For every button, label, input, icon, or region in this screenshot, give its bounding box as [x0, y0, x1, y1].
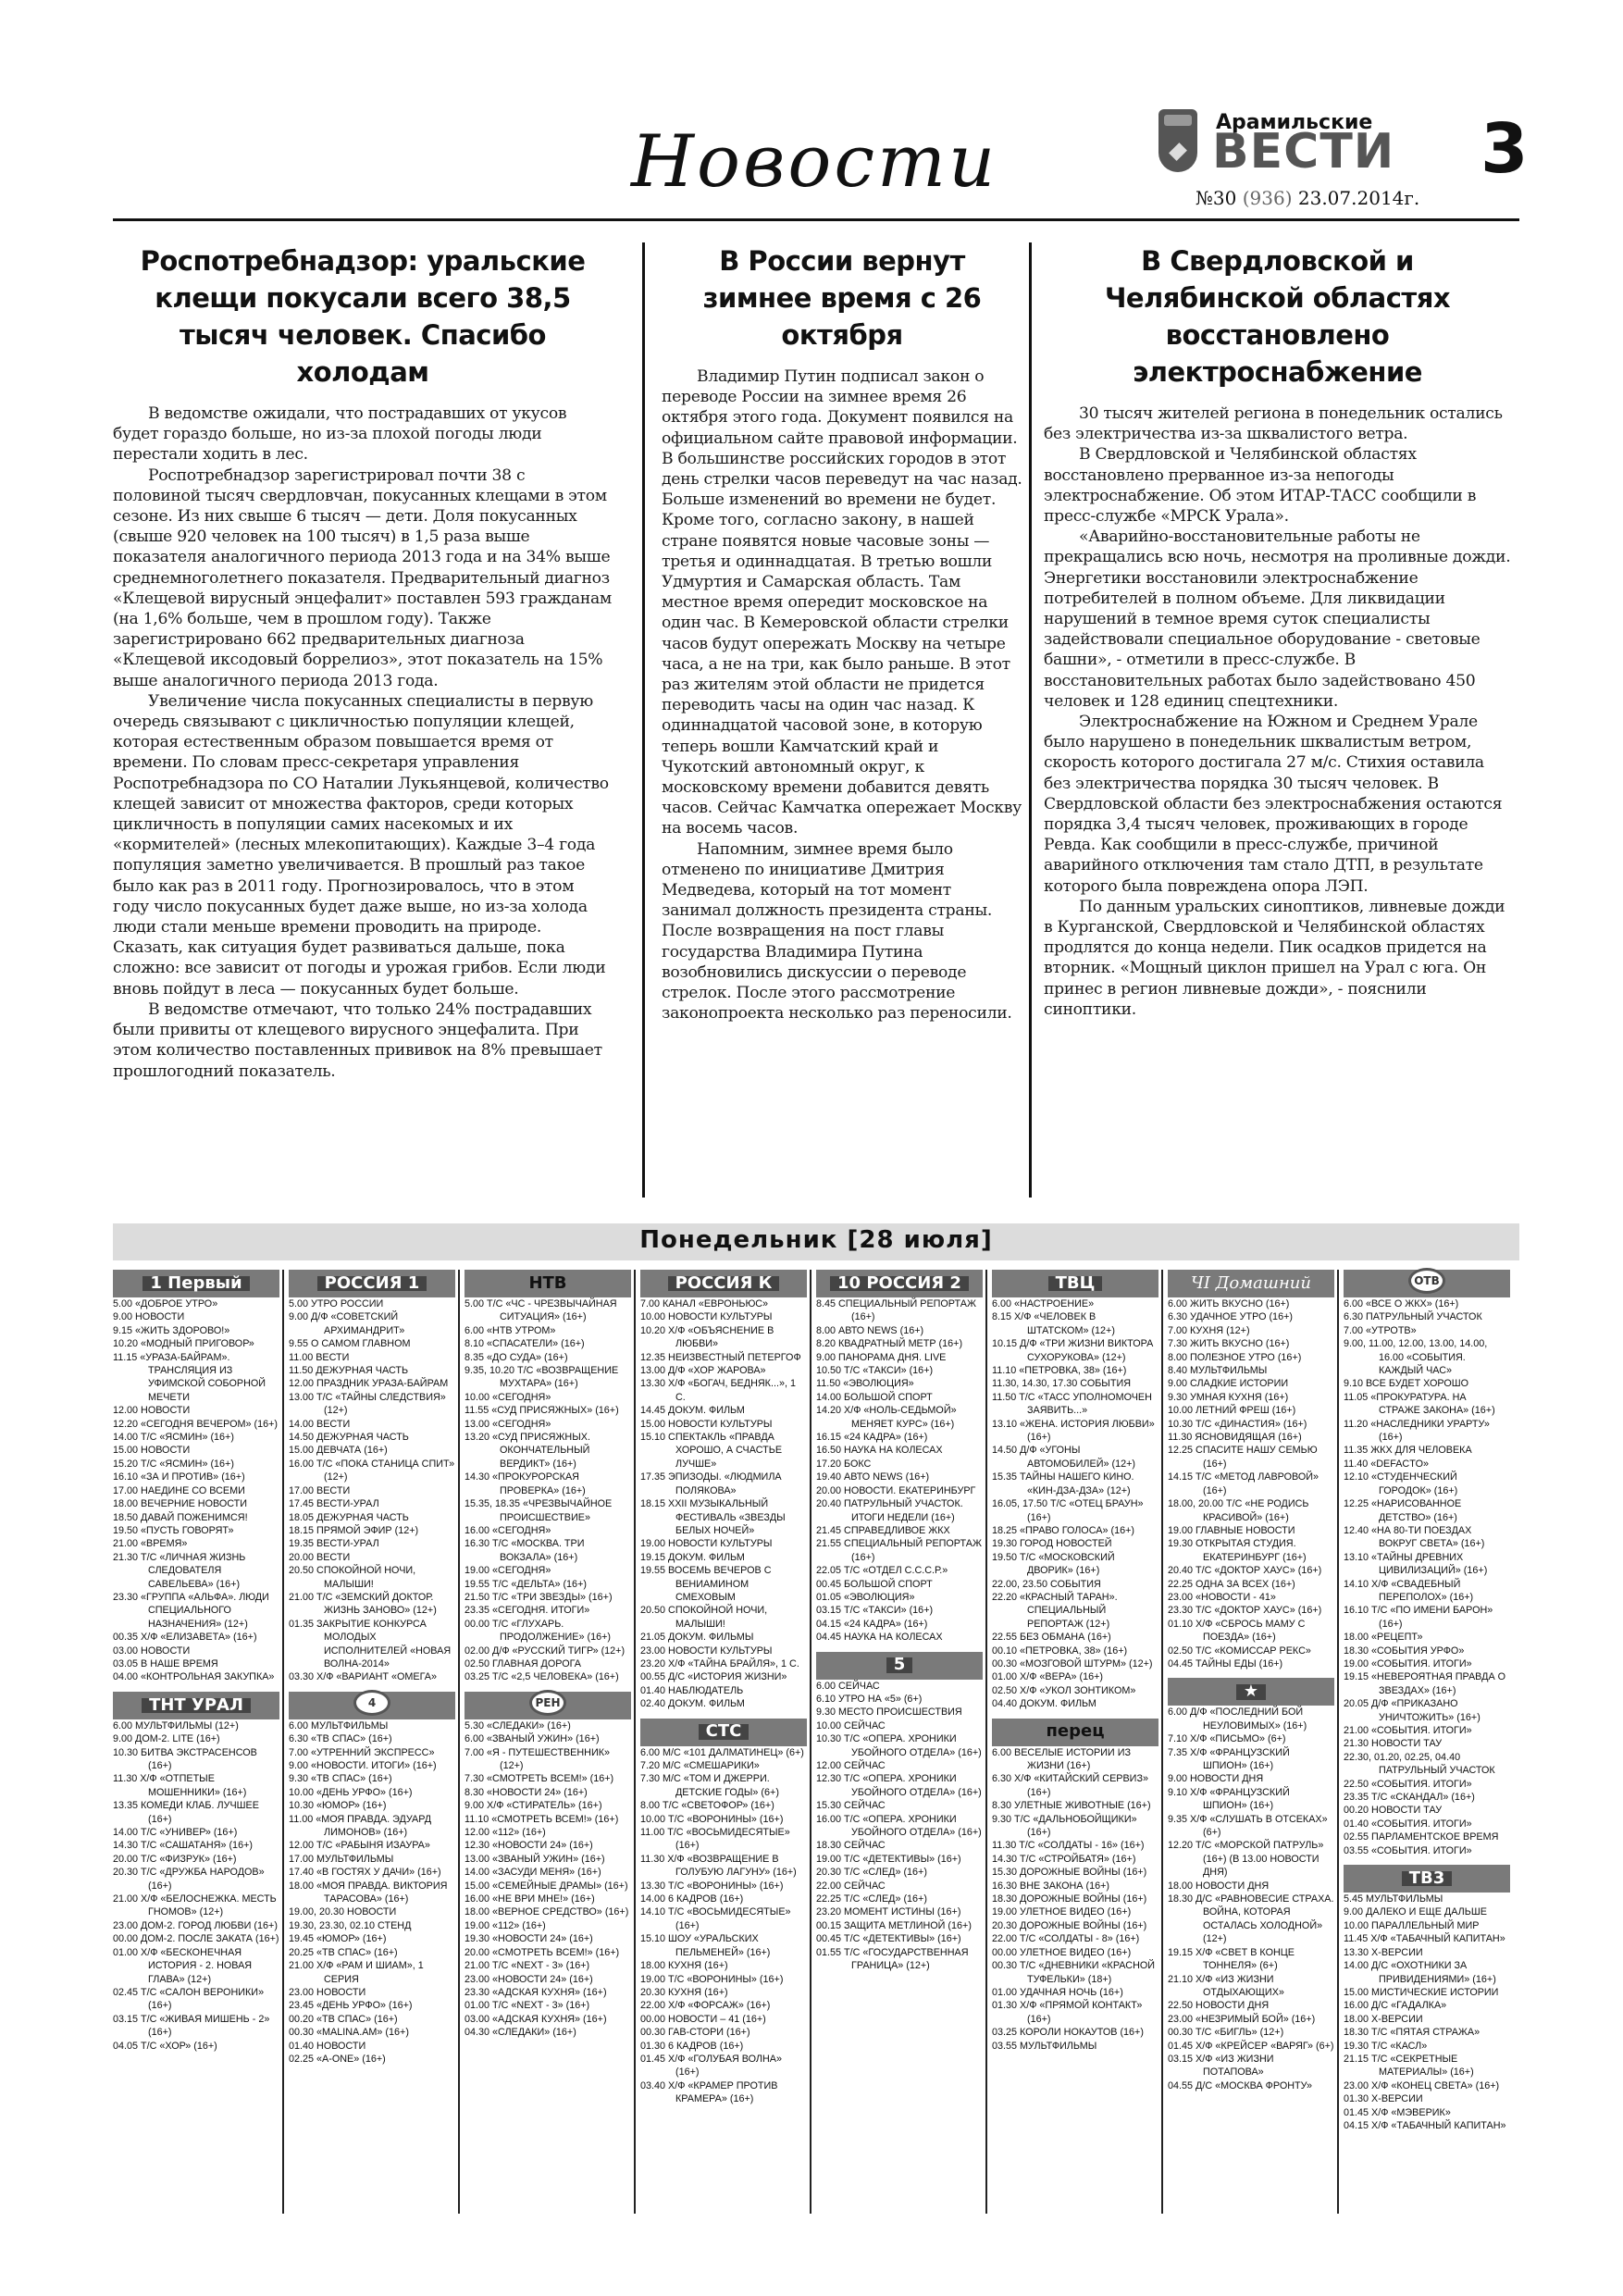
article-paragraph: Увеличение числа покусанных специалисты …: [113, 691, 613, 999]
channel-block: 56.00 СЕЙЧАС6.10 УТРО НА «5» (6+)9.30 МЕ…: [816, 1652, 983, 1973]
tv-day-title: Понедельник [28 июля]: [113, 1226, 1519, 1254]
program-item: 6.10 УТРО НА «5» (6+): [816, 1693, 983, 1706]
program-item: 10.00 «СЕГОДНЯ»: [465, 1391, 631, 1404]
program-item: 19.55 ВОСЕМЬ ВЕЧЕРОВ С ВЕНИАМИНОМ СМЕХОВ…: [640, 1564, 807, 1604]
program-item: 9.00 НОВОСТИ ДНЯ: [1168, 1772, 1334, 1785]
channel-logo-icon: 10 РОССИЯ 2: [830, 1276, 969, 1291]
program-item: 18.50 ДАВАЙ ПОЖЕНИМСЯ!: [113, 1511, 279, 1524]
program-item: 8.40 МУЛЬТФИЛЬМЫ: [1168, 1364, 1334, 1377]
program-item: 11.45 Х/Ф «ТАБАЧНЫЙ КАПИТАН»: [1344, 1932, 1510, 1945]
channel-block: ЧI Домашний6.00 ЖИТЬ ВКУСНО (16+)6.30 УД…: [1168, 1270, 1334, 1670]
program-item: 00.00 НОВОСТИ – 41 (16+): [640, 2013, 807, 2026]
program-item: 7.00 «УТРЕННИЙ ЭКСПРЕСС»: [289, 1746, 455, 1759]
program-item: 23.00 «НОВОСТИ 24» (16+): [465, 1973, 631, 1986]
program-item: 17.00 МУЛЬТФИЛЬМЫ: [289, 1853, 455, 1866]
program-item: 14.00 «ЗАСУДИ МЕНЯ» (16+): [465, 1866, 631, 1879]
program-item: 7.30 «СМОТРЕТЬ ВСЕМ!» (16+): [465, 1772, 631, 1785]
program-item: 22.00 СЕЙЧАС: [816, 1880, 983, 1893]
article-paragraph: «Аварийно-восстановительные работы не пр…: [1044, 527, 1511, 712]
program-item: 21.00 Х/Ф «БЕЛОСНЕЖКА. МЕСТЬ ГНОМОВ» (12…: [113, 1893, 279, 1919]
program-item: 01.40 «СОБЫТИЯ. ИТОГИ»: [1344, 1818, 1510, 1831]
program-item: 16.00 Т/С «ОПЕРА. ХРОНИКИ УБОЙНОГО ОТДЕЛ…: [816, 1813, 983, 1840]
program-item: 16.00 «НЕ ВРИ МНЕ!» (16+): [465, 1893, 631, 1905]
program-item: 01.35 ЗАКРЫТИЕ КОНКУРСА МОЛОДЫХ ИСПОЛНИТ…: [289, 1618, 455, 1671]
program-item: 16.05, 17.50 Т/С «ОТЕЦ БРАУН» (16+): [992, 1497, 1158, 1524]
program-item: 12.00 «112» (16+): [465, 1826, 631, 1839]
program-item: 02.25 «A-ONE» (16+): [289, 2053, 455, 2066]
program-item: 00.45 Т/С «ДЕТЕКТИВЫ» (16+): [816, 1932, 983, 1945]
program-item: 17.00 НАЕДИНЕ СО ВСЕМИ: [113, 1484, 279, 1497]
program-item: 7.00 КУХНЯ (12+): [1168, 1324, 1334, 1337]
channel-logo-icon: НТВ: [528, 1277, 566, 1290]
program-item: 9.30 «ТВ СПАС» (16+): [289, 1772, 455, 1785]
program-item: 23.00 НОВОСТИ КУЛЬТУРЫ: [640, 1644, 807, 1657]
program-item: 11.30 Х/Ф «ОТПЕТЫЕ МОШЕННИКИ» (16+): [113, 1772, 279, 1799]
program-item: 11.10 «ПЕТРОВКА, 38» (16+): [992, 1364, 1158, 1377]
channel-block: 46.00 МУЛЬТФИЛЬМЫ6.30 «ТВ СПАС» (16+)7.0…: [289, 1692, 455, 2066]
program-item: 17.45 ВЕСТИ-УРАЛ: [289, 1497, 455, 1510]
program-item: 02.50 Х/Ф «УКОЛ ЗОНТИКОМ»: [992, 1684, 1158, 1697]
program-item: 10.00 ПАРАЛЛЕЛЬНЫЙ МИР: [1344, 1919, 1510, 1932]
program-item: 19.00 НОВОСТИ КУЛЬТУРЫ: [640, 1537, 807, 1550]
article-power-restored: В Свердловской и Челябинской областях во…: [1044, 242, 1511, 1020]
program-item: 03.05 В НАШЕ ВРЕМЯ: [113, 1657, 279, 1670]
program-item: 12.00 НОВОСТИ: [113, 1404, 279, 1417]
program-item: 01.00 Х/Ф «БЕСКОНЕЧНАЯ ИСТОРИЯ - 2. НОВА…: [113, 1946, 279, 1986]
article-paragraph: Владимир Путин подписал закон о переводе…: [662, 366, 1022, 839]
program-item: 03.55 МУЛЬТФИЛЬМЫ: [992, 2040, 1158, 2053]
program-item: 23.30 «АДСКАЯ КУХНЯ» (16+): [465, 1986, 631, 1999]
channel-block: ОТВ6.00 «ВСЕ О ЖКХ» (16+)6.30 ПАТРУЛЬНЫЙ…: [1344, 1270, 1510, 1857]
program-item: 22.25 ОДНА ЗА ВСЕХ (16+): [1168, 1578, 1334, 1591]
program-item: 03.00 НОВОСТИ: [113, 1644, 279, 1657]
program-item: 03.00 «АДСКАЯ КУХНЯ» (16+): [465, 2013, 631, 2026]
program-item: 13.10 «ЖЕНА. ИСТОРИЯ ЛЮБВИ» (16+): [992, 1418, 1158, 1445]
program-item: 04.45 НАУКА НА КОЛЕСАХ: [816, 1631, 983, 1644]
program-item: 11.00 «МОЯ ПРАВДА. ЭДУАРД ЛИМОНОВ» (16+): [289, 1813, 455, 1840]
program-item: 20.00 НОВОСТИ. ЕКАТЕРИНБУРГ: [816, 1484, 983, 1497]
program-item: 20.40 ПАТРУЛЬНЫЙ УЧАСТОК. ИТОГИ НЕДЕЛИ (…: [816, 1497, 983, 1524]
program-item: 19.50 Т/С «МОСКОВСКИЙ ДВОРИК» (16+): [992, 1551, 1158, 1578]
tv-column: 1 Первый5.00 «ДОБРОЕ УТРО»9.00 НОВОСТИ9.…: [113, 1270, 279, 2057]
program-item: 15.10 ШОУ «УРАЛЬСКИХ ПЕЛЬМЕНЕЙ» (16+): [640, 1932, 807, 1959]
channel-logo-icon: СТС: [699, 1724, 750, 1739]
program-item: 10.20 «МОДНЫЙ ПРИГОВОР»: [113, 1337, 279, 1350]
program-item: 10.15 Д/Ф «ТРИ ЖИЗНИ ВИКТОРА СУХОРУКОВА»…: [992, 1337, 1158, 1364]
program-item: 9.35, 10.20 Т/С «ВОЗВРАЩЕНИЕ МУХТАРА» (1…: [465, 1364, 631, 1391]
program-item: 16.00 «СЕГОДНЯ»: [465, 1524, 631, 1537]
program-item: 21.00 Т/С «NEXT - 3» (16+): [465, 1959, 631, 1972]
program-item: 15.30 СЕЙЧАС: [816, 1799, 983, 1812]
program-item: 04.15 Х/Ф «ТАБАЧНЫЙ КАПИТАН»: [1344, 2119, 1510, 2132]
program-item: 5.00 УТРО РОССИИ: [289, 1297, 455, 1310]
article-paragraph: Электроснабжение на Южном и Среднем Урал…: [1044, 712, 1511, 897]
program-item: 02.50 Т/С «КОМИССАР РЕКС»: [1168, 1644, 1334, 1657]
program-item: 12.20 Т/С «МОРСКОЙ ПАТРУЛЬ» (16+) (В 13.…: [1168, 1839, 1334, 1879]
tv-column: РОССИЯ 15.00 УТРО РОССИИ9.00 Д/Ф «СОВЕТС…: [289, 1270, 455, 2070]
program-item: 10.00 СЕЙЧАС: [816, 1719, 983, 1732]
program-item: 23.00 «НЕЗРИМЫЙ БОЙ» (16+): [1168, 2013, 1334, 2026]
program-item: 23.00 Х/Ф «КОНЕЦ СВЕТА» (16+): [1344, 2079, 1510, 2092]
program-item: 11.15 «УРАЗА-БАЙРАМ». ТРАНСЛЯЦИЯ ИЗ УФИМ…: [113, 1351, 279, 1405]
program-item: 18.00 Х-ВЕРСИИ: [1344, 2013, 1510, 2026]
program-item: 16.10 «ЗА И ПРОТИВ» (16+): [113, 1471, 279, 1483]
channel-logo-icon: РОССИЯ К: [668, 1276, 780, 1291]
program-item: 22.00 Т/С «СОЛДАТЫ - 8» (16+): [992, 1932, 1158, 1945]
program-item: 00.10 «ПЕТРОВКА, 38» (16+): [992, 1644, 1158, 1657]
program-item: 00.55 Д/С «ИСТОРИЯ ЖИЗНИ»: [640, 1670, 807, 1683]
program-item: 01.45 Х/Ф «КРЕЙСЕР «ВАРЯГ» (6+): [1168, 2040, 1334, 2053]
program-item: 9.35 Х/Ф «СЛУШАТЬ В ОТСЕКАХ» (6+): [1168, 1813, 1334, 1840]
program-item: 10.30 БИТВА ЭКСТРАСЕНСОВ (16+): [113, 1746, 279, 1773]
program-item: 7.35 Х/Ф «ФРАНЦУЗСКИЙ ШПИОН» (16+): [1168, 1746, 1334, 1773]
program-item: 04.55 Д/С «МОСКВА ФРОНТУ»: [1168, 2079, 1334, 2092]
channel-header: ТНТ УРАЛ: [113, 1692, 279, 1719]
program-item: 22.00 Х/Ф «ФОРСАЖ» (16+): [640, 1999, 807, 2012]
program-item: 23.35 Т/С «СКАНДАЛ» (16+): [1344, 1791, 1510, 1804]
program-item: 12.10 «СТУДЕНЧЕСКИЙ ГОРОДОК» (16+): [1344, 1471, 1510, 1497]
program-item: 02.50 ГЛАВНАЯ ДОРОГА: [465, 1657, 631, 1670]
program-item: 02.40 ДОКУМ. ФИЛЬМ: [640, 1697, 807, 1710]
program-item: 01.45 Х/Ф «ГОЛУБАЯ ВОЛНА» (16+): [640, 2053, 807, 2079]
program-item: 00.15 ЗАЩИТА МЕТЛИНОЙ (16+): [816, 1919, 983, 1932]
channel-block: РЕН5.30 «СЛЕДАКИ» (16+)6.00 «ЗВАНЫЙ УЖИН…: [465, 1692, 631, 2040]
program-item: 13.20 «СУД ПРИСЯЖНЫХ. ОКОНЧАТЕЛЬНЫЙ ВЕРД…: [465, 1431, 631, 1471]
program-item: 10.50 Т/С «ТАКСИ» (16+): [816, 1364, 983, 1377]
program-item: 14.30 «ПРОКУРОРСКАЯ ПРОВЕРКА» (16+): [465, 1471, 631, 1497]
program-item: 18.00 «РЕЦЕПТ»: [1344, 1631, 1510, 1644]
program-item: 12.40 «НА 80-ТИ ПОЕЗДАХ ВОКРУГ СВЕТА» (1…: [1344, 1524, 1510, 1551]
program-item: 19.30 Т/С «КАСЛ»: [1344, 2040, 1510, 2053]
program-item: 6.00 МУЛЬТФИЛЬМЫ (12+): [113, 1719, 279, 1732]
program-item: 9.00 СЛАДКИЕ ИСТОРИИ: [1168, 1377, 1334, 1390]
program-item: 01.00 УДАЧНАЯ НОЧЬ (16+): [992, 1986, 1158, 1999]
channel-header: 1 Первый: [113, 1270, 279, 1297]
program-item: 6.00 Д/Ф «ПОСЛЕДНИЙ БОЙ НЕУЛОВИМЫХ» (16+…: [1168, 1706, 1334, 1732]
channel-header: ОТВ: [1344, 1270, 1510, 1297]
program-item: 9.30 МЕСТО ПРОИСШЕСТВИЯ: [816, 1706, 983, 1719]
program-item: 02.00 Д/Ф «РУССКИЙ ТИГР» (12+): [465, 1644, 631, 1657]
program-item: 15.20 Т/С «ЯСМИН» (16+): [113, 1458, 279, 1471]
program-item: 23.00 НОВОСТИ: [289, 1986, 455, 1999]
coat-of-arms-icon: [1158, 109, 1197, 172]
program-item: 14.50 Д/Ф «УГОНЫ АВТОМОБИЛЕЙ» (12+): [992, 1444, 1158, 1471]
program-item: 6.00 «НТВ УТРОМ»: [465, 1324, 631, 1337]
channel-header: РОССИЯ К: [640, 1270, 807, 1297]
program-item: 8.30 «НОВОСТИ 24» (16+): [465, 1786, 631, 1799]
channel-block: ★6.00 Д/Ф «ПОСЛЕДНИЙ БОЙ НЕУЛОВИМЫХ» (16…: [1168, 1678, 1334, 2092]
program-item: 6.00 МУЛЬТФИЛЬМЫ: [289, 1719, 455, 1732]
issue-info: №30 (936) 23.07.2014г.: [1196, 187, 1419, 209]
program-item: 21.15 Т/С «СЕКРЕТНЫЕ МАТЕРИАЛЫ» (16+): [1344, 2053, 1510, 2079]
program-item: 23.35 «СЕГОДНЯ. ИТОГИ»: [465, 1604, 631, 1617]
program-item: 18.15 ПРЯМОЙ ЭФИР (12+): [289, 1524, 455, 1537]
program-item: 20.50 СПОКОЙНОЙ НОЧИ, МАЛЫШИ!: [640, 1604, 807, 1631]
program-item: 21.45 СПРАВЕДЛИВОЕ ЖКХ: [816, 1524, 983, 1537]
program-item: 15.30 ДОРОЖНЫЕ ВОЙНЫ (16+): [992, 1866, 1158, 1879]
program-item: 03.15 Т/С «ЖИВАЯ МИШЕНЬ - 2» (16+): [113, 2013, 279, 2040]
program-item: 11.50 «ЭВОЛЮЦИЯ»: [816, 1377, 983, 1390]
program-item: 6.30 Х/Ф «КИТАЙСКИЙ СЕРВИЗ» (16+): [992, 1772, 1158, 1799]
program-item: 18.30 ДОРОЖНЫЕ ВОЙНЫ (16+): [992, 1893, 1158, 1905]
program-item: 9.30 Т/С «ДАЛЬНОБОЙЩИКИ» (16+): [992, 1813, 1158, 1840]
program-item: 18.00 КУХНЯ (16+): [640, 1959, 807, 1972]
program-item: 00.30 ГАВ-СТОРИ (16+): [640, 2026, 807, 2039]
channel-header: перец: [992, 1719, 1158, 1746]
program-item: 14.45 ДОКУМ. ФИЛЬМ: [640, 1404, 807, 1417]
channel-block: СТС6.00 М/С «101 ДАЛМАТИНЕЦ» (6+)7.20 М/…: [640, 1719, 807, 2106]
program-item: 15.35, 18.35 «ЧРЕЗВЫЧАЙНОЕ ПРОИСШЕСТВИЕ»: [465, 1497, 631, 1524]
channel-logo-icon: РОССИЯ 1: [317, 1276, 427, 1291]
article-headline: В России вернут зимнее время с 26 октябр…: [662, 242, 1022, 354]
program-item: 17.35 ЭПИЗОДЫ. «ЛЮДМИЛА ПОЛЯКОВА»: [640, 1471, 807, 1497]
issue-number: №30: [1196, 187, 1236, 209]
program-item: 14.10 Х/Ф «СВАДЕБНЫЙ ПЕРЕПОЛОХ» (16+): [1344, 1578, 1510, 1605]
program-item: 23.30 «ГРУППА «АЛЬФА». ЛЮДИ СПЕЦИАЛЬНОГО…: [113, 1591, 279, 1631]
program-item: 23.20 МОМЕНТ ИСТИНЫ (16+): [816, 1905, 983, 1918]
program-item: 6.00 ЖИТЬ ВКУСНО (16+): [1168, 1297, 1334, 1310]
channel-header: 4: [289, 1692, 455, 1719]
program-item: 11.55 «СУД ПРИСЯЖНЫХ» (16+): [465, 1404, 631, 1417]
article-ticks: Роспотребнадзор: уральские клещи покусал…: [113, 242, 613, 1082]
program-item: 13.30 Х-ВЕРСИИ: [1344, 1946, 1510, 1959]
column-divider: [1029, 242, 1032, 1198]
channel-logo-icon: ТНТ УРАЛ: [142, 1698, 251, 1713]
tv-column: ОТВ6.00 «ВСЕ О ЖКХ» (16+)6.30 ПАТРУЛЬНЫЙ…: [1344, 1270, 1510, 2137]
program-item: 5.30 «СЛЕДАКИ» (16+): [465, 1719, 631, 1732]
program-item: 9.00 НОВОСТИ: [113, 1310, 279, 1323]
program-item: 18.25 «ПРАВО ГОЛОСА» (16+): [992, 1524, 1158, 1537]
program-item: 03.25 Т/С «2,5 ЧЕЛОВЕКА» (16+): [465, 1670, 631, 1683]
program-item: 6.30 ПАТРУЛЬНЫЙ УЧАСТОК: [1344, 1310, 1510, 1323]
program-item: 19.55 Т/С «ДЕЛЬТА» (16+): [465, 1578, 631, 1591]
program-item: 11.30, 14.30, 17.30 СОБЫТИЯ: [992, 1377, 1158, 1390]
program-item: 13.10 «ТАЙНЫ ДРЕВНИХ ЦИВИЛИЗАЦИЙ» (16+): [1344, 1551, 1510, 1578]
program-item: 16.30 Т/С «МОСКВА. ТРИ ВОКЗАЛА» (16+): [465, 1537, 631, 1564]
program-item: 03.55 «СОБЫТИЯ. ИТОГИ»: [1344, 1844, 1510, 1857]
article-headline: Роспотребнадзор: уральские клещи покусал…: [113, 242, 613, 391]
program-item: 11.05 «ПРОКУРАТУРА. НА СТРАЖЕ ЗАКОНА» (1…: [1344, 1391, 1510, 1418]
program-item: 19.00, 20.30 НОВОСТИ: [289, 1905, 455, 1918]
program-item: 11.30 Т/С «СОЛДАТЫ - 16» (16+): [992, 1839, 1158, 1852]
channel-block: ТВЦ6.00 «НАСТРОЕНИЕ»8.15 Х/Ф «ЧЕЛОВЕК В …: [992, 1270, 1158, 1711]
program-item: 15.00 НОВОСТИ: [113, 1444, 279, 1457]
program-item: 01.00 Х/Ф «ВЕРА» (16+): [992, 1670, 1158, 1683]
program-item: 18.00, 20.00 Т/С «НЕ РОДИСЬ КРАСИВОЙ» (1…: [1168, 1497, 1334, 1524]
article-headline: В Свердловской и Челябинской областях во…: [1044, 242, 1511, 391]
program-item: 8.00 Т/С «СВЕТОФОР» (16+): [640, 1799, 807, 1812]
program-item: 20.30 Т/С «СЛЕД» (16+): [816, 1866, 983, 1879]
channel-header: ТВ3: [1344, 1865, 1510, 1893]
program-item: 18.00 ВЕЧЕРНИЕ НОВОСТИ: [113, 1497, 279, 1510]
program-item: 12.35 НЕИЗВЕСТНЫЙ ПЕТЕРГОФ: [640, 1351, 807, 1364]
program-item: 19.30, 23.30, 02.10 СТЕНД: [289, 1919, 455, 1932]
channel-header: ЧI Домашний: [1168, 1270, 1334, 1297]
program-item: 01.45 Х/Ф «МЭВЕРИК»: [1344, 2106, 1510, 2119]
program-item: 19.00 «СЕГОДНЯ»: [465, 1564, 631, 1577]
program-item: 17.40 «В ГОСТЯХ У ДАЧИ» (16+): [289, 1866, 455, 1879]
newspaper-logo: Арамильские ВЕСТИ №30 (936) 23.07.2014г.: [1158, 102, 1529, 204]
program-item: 21.00 «ВРЕМЯ»: [113, 1537, 279, 1550]
channel-header: СТС: [640, 1719, 807, 1746]
program-item: 18.30 «СОБЫТИЯ УРФО»: [1344, 1644, 1510, 1657]
program-item: 19.00 УЛЕТНОЕ ВИДЕО (16+): [992, 1905, 1158, 1918]
program-item: 8.45 СПЕЦИАЛЬНЫЙ РЕПОРТАЖ (16+): [816, 1297, 983, 1324]
program-item: 9.55 О САМОМ ГЛАВНОМ: [289, 1337, 455, 1350]
column-divider: [642, 242, 645, 1198]
program-item: 9.10 ВСЕ БУДЕТ ХОРОШО: [1344, 1377, 1510, 1390]
program-item: 20.30 Т/С «ДРУЖБА НАРОДОВ» (16+): [113, 1866, 279, 1893]
program-item: 21.05 ДОКУМ. ФИЛЬМЫ: [640, 1631, 807, 1644]
program-item: 19.00 Т/С «ДЕТЕКТИВЫ» (16+): [816, 1853, 983, 1866]
program-item: 03.15 Т/С «ТАКСИ» (16+): [816, 1604, 983, 1617]
program-item: 6.00 «НАСТРОЕНИЕ»: [992, 1297, 1158, 1310]
program-item: 15.00 ДЕВЧАТА (16+): [289, 1444, 455, 1457]
channel-block: ТВ35.45 МУЛЬТФИЛЬМЫ9.00 ДАЛЕКО И ЕЩЕ ДАЛ…: [1344, 1865, 1510, 2132]
channel-header: 5: [816, 1652, 983, 1680]
program-item: 9.00 Д/Ф «СОВЕТСКИЙ АРХИМАНДРИТ»: [289, 1310, 455, 1337]
program-item: 00.20 «ТВ СПАС» (16+): [289, 2013, 455, 2026]
program-item: 20.30 ДОРОЖНЫЕ ВОЙНЫ (16+): [992, 1919, 1158, 1932]
article-paragraph: 30 тысяч жителей региона в понедельник о…: [1044, 403, 1511, 444]
program-item: 03.15 Х/Ф «ИЗ ЖИЗНИ ПОТАПОВА»: [1168, 2053, 1334, 2079]
program-item: 15.10 СПЕКТАКЛЬ «ПРАВДА ХОРОШО, А СЧАСТЬ…: [640, 1431, 807, 1471]
program-item: 11.00 ВЕСТИ: [289, 1351, 455, 1364]
program-item: 14.50 ДЕЖУРНАЯ ЧАСТЬ: [289, 1431, 455, 1444]
program-item: 6.30 УДАЧНОЕ УТРО (16+): [1168, 1310, 1334, 1323]
program-item: 12.30 Т/С «ОПЕРА. ХРОНИКИ УБОЙНОГО ОТДЕЛ…: [816, 1772, 983, 1799]
program-item: 01.30 Х-ВЕРСИИ: [1344, 2092, 1510, 2105]
program-item: 04.15 «24 КАДРА» (16+): [816, 1618, 983, 1631]
program-item: 11.50 ДЕЖУРНАЯ ЧАСТЬ: [289, 1364, 455, 1377]
article-paragraph: В ведомстве отмечают, что только 24% пос…: [113, 999, 613, 1082]
program-item: 00.20 НОВОСТИ ТАУ: [1344, 1804, 1510, 1817]
program-item: 20.25 «ТВ СПАС» (16+): [289, 1946, 455, 1959]
program-item: 12.00 Т/С «РАБЫНЯ ИЗАУРА»: [289, 1839, 455, 1852]
program-item: 14.00 БОЛЬШОЙ СПОРТ: [816, 1391, 983, 1404]
program-item: 11.30 ЯСНОВИДЯЩАЯ (16+): [1168, 1431, 1334, 1444]
program-item: 6.00 М/С «101 ДАЛМАТИНЕЦ» (6+): [640, 1746, 807, 1759]
program-item: 18.30 Т/С «ПЯТАЯ СТРАЖА»: [1344, 2026, 1510, 2039]
channel-logo-icon: 4: [353, 1690, 390, 1716]
channel-logo-icon: перец: [1046, 1725, 1104, 1738]
program-item: 19.00 «СОБЫТИЯ. ИТОГИ»: [1344, 1657, 1510, 1670]
program-item: 8.20 КВАДРАТНЫЙ МЕТР (16+): [816, 1337, 983, 1350]
program-item: 7.30 М/С «ТОМ И ДЖЕРРИ. ДЕТСКИЕ ГОДЫ» (6…: [640, 1772, 807, 1799]
program-item: 04.30 «СЛЕДАКИ» (16+): [465, 2026, 631, 2039]
channel-logo-icon: ЧI Домашний: [1191, 1277, 1311, 1290]
program-item: 5.00 «ДОБРОЕ УТРО»: [113, 1297, 279, 1310]
program-item: 01.30 6 КАДРОВ (16+): [640, 2040, 807, 2053]
program-item: 16.10 Т/С «ПО ИМЕНИ БАРОН» (16+): [1344, 1604, 1510, 1631]
program-item: 12.25 СПАСИТЕ НАШУ СЕМЬЮ (16+): [1168, 1444, 1334, 1471]
program-item: 14.10 Т/С «ВОСЬМИДЕСЯТЫЕ» (16+): [640, 1905, 807, 1932]
program-item: 03.40 Х/Ф «КРАМЕР ПРОТИВ КРАМЕРА» (16+): [640, 2079, 807, 2106]
program-item: 10.30 Т/С «ОПЕРА. ХРОНИКИ УБОЙНОГО ОТДЕЛ…: [816, 1732, 983, 1759]
program-item: 13.30 Т/С «ВОРОНИНЫ» (16+): [640, 1880, 807, 1893]
program-item: 6.00 СЕЙЧАС: [816, 1680, 983, 1693]
program-item: 14.15 Т/С «МЕТОД ЛАВРОВОЙ» (16+): [1168, 1471, 1334, 1497]
program-item: 14.30 Т/С «СТРОЙБАТЯ» (16+): [992, 1853, 1158, 1866]
program-item: 22.55 БЕЗ ОБМАНА (16+): [992, 1631, 1158, 1644]
program-item: 15.00 НОВОСТИ КУЛЬТУРЫ: [640, 1418, 807, 1431]
program-item: 04.40 ДОКУМ. ФИЛЬМ: [992, 1697, 1158, 1710]
page-number: 3: [1481, 109, 1529, 189]
program-item: 23.20 Х/Ф «ТАЙНА БРАЙЛЯ», 1 С.: [640, 1657, 807, 1670]
program-item: 02.45 Т/С «САЛОН ВЕРОНИКИ» (16+): [113, 1986, 279, 2013]
tv-column: НТВ5.00 Т/С «ЧС - ЧРЕЗВЫЧАЙНАЯ СИТУАЦИЯ»…: [465, 1270, 631, 2044]
program-item: 12.20 «СЕГОДНЯ ВЕЧЕРОМ» (16+): [113, 1418, 279, 1431]
program-item: 14.30 Т/С «САШАТАНЯ» (16+): [113, 1839, 279, 1852]
program-item: 5.00 Т/С «ЧС - ЧРЕЗВЫЧАЙНАЯ СИТУАЦИЯ» (1…: [465, 1297, 631, 1324]
channel-logo-icon: ТВ3: [1402, 1871, 1453, 1886]
program-item: 21.00 Х/Ф «РАМ И ШИАМ», 1 СЕРИЯ: [289, 1959, 455, 1986]
program-item: 11.40 «DEFACTO»: [1344, 1458, 1510, 1471]
program-item: 22.25 Т/С «СЛЕД» (16+): [816, 1893, 983, 1905]
program-item: 19.15 ДОКУМ. ФИЛЬМ: [640, 1551, 807, 1564]
tv-column-divider: [985, 1270, 987, 2214]
program-item: 13.00 Т/С «ТАЙНЫ СЛЕДСТВИЯ» (12+): [289, 1391, 455, 1418]
program-item: 15.35 ТАЙНЫ НАШЕГО КИНО. «КИН-ДЗА-ДЗА» (…: [992, 1471, 1158, 1497]
program-item: 13.35 КОМЕДИ КЛАБ. ЛУЧШЕЕ (16+): [113, 1799, 279, 1826]
program-item: 18.00 «ВЕРНОЕ СРЕДСТВО» (16+): [465, 1905, 631, 1918]
article-paragraph: По данным уральских синоптиков, ливневые…: [1044, 897, 1511, 1020]
program-item: 18.30 СЕЙЧАС: [816, 1839, 983, 1852]
program-item: 7.00 «УТРОТВ»: [1344, 1324, 1510, 1337]
program-item: 12.00 СЕЙЧАС: [816, 1759, 983, 1772]
program-item: 11.00 Т/С «ВОСЬМИДЕСЯТЫЕ» (16+): [640, 1826, 807, 1853]
program-item: 6.00 «ВСЕ О ЖКХ» (16+): [1344, 1297, 1510, 1310]
program-item: 8.00 АВТО NEWS (16+): [816, 1324, 983, 1337]
program-item: 19.00 «112» (16+): [465, 1919, 631, 1932]
program-item: 23.45 «ДЕНЬ УРФО» (16+): [289, 1999, 455, 2012]
channel-logo-icon: 1 Первый: [142, 1276, 249, 1291]
program-item: 00.35 Х/Ф «ЕЛИЗАВЕТА» (16+): [113, 1631, 279, 1644]
program-item: 10.00 НОВОСТИ КУЛЬТУРЫ: [640, 1310, 807, 1323]
channel-header: РОССИЯ 1: [289, 1270, 455, 1297]
channel-block: 1 Первый5.00 «ДОБРОЕ УТРО»9.00 НОВОСТИ9.…: [113, 1270, 279, 1684]
program-item: 9.00 «НОВОСТИ. ИТОГИ» (16+): [289, 1759, 455, 1772]
channel-header: 10 РОССИЯ 2: [816, 1270, 983, 1297]
tv-column: ТВЦ6.00 «НАСТРОЕНИЕ»8.15 Х/Ф «ЧЕЛОВЕК В …: [992, 1270, 1158, 2057]
program-item: 01.05 «ЭВОЛЮЦИЯ»: [816, 1591, 983, 1604]
channel-logo-icon: ОТВ: [1408, 1268, 1445, 1294]
tv-column: 10 РОССИЯ 28.45 СПЕЦИАЛЬНЫЙ РЕПОРТАЖ (16…: [816, 1270, 983, 1978]
channel-block: РОССИЯ 15.00 УТРО РОССИИ9.00 Д/Ф «СОВЕТС…: [289, 1270, 455, 1684]
issue-total: (936): [1243, 187, 1293, 209]
channel-block: ТНТ УРАЛ6.00 МУЛЬТФИЛЬМЫ (12+)9.00 ДОМ-2…: [113, 1692, 279, 2053]
program-item: 12.00 ПРАЗДНИК УРАЗА-БАЙРАМ: [289, 1377, 455, 1390]
program-item: 03.30 Х/Ф «ВАРИАНТ «ОМЕГА»: [289, 1670, 455, 1683]
program-item: 16.50 НАУКА НА КОЛЕСАХ: [816, 1444, 983, 1457]
tv-column-divider: [810, 1270, 811, 2214]
channel-logo-icon: ★: [1236, 1684, 1266, 1699]
tv-column-divider: [282, 1270, 284, 2214]
program-item: 7.30 ЖИТЬ ВКУСНО (16+): [1168, 1337, 1334, 1350]
program-item: 19.30 «НОВОСТИ 24» (16+): [465, 1932, 631, 1945]
program-item: 00.00 Т/С «ГЛУХАРЬ. ПРОДОЛЖЕНИЕ» (16+): [465, 1618, 631, 1644]
program-item: 8.10 «СПАСАТЕЛИ» (16+): [465, 1337, 631, 1350]
program-item: 19.00 Т/С «ВОРОНИНЫ» (16+): [640, 1973, 807, 1986]
logo-main-text: ВЕСТИ: [1212, 128, 1394, 176]
program-item: 12.30 «НОВОСТИ 24» (16+): [465, 1839, 631, 1852]
program-item: 18.00 «МОЯ ПРАВДА. ВИКТОРИЯ ТАРАСОВА» (1…: [289, 1880, 455, 1906]
program-item: 19.30 ОТКРЫТАЯ СТУДИЯ. ЕКАТЕРИНБУРГ (16+…: [1168, 1537, 1334, 1564]
program-item: 20.00 ВЕСТИ: [289, 1551, 455, 1564]
program-item: 04.45 ТАЙНЫ ЕДЫ (16+): [1168, 1657, 1334, 1670]
program-item: 17.20 БОКС: [816, 1458, 983, 1471]
program-item: 19.00 ГЛАВНЫЕ НОВОСТИ: [1168, 1524, 1334, 1537]
